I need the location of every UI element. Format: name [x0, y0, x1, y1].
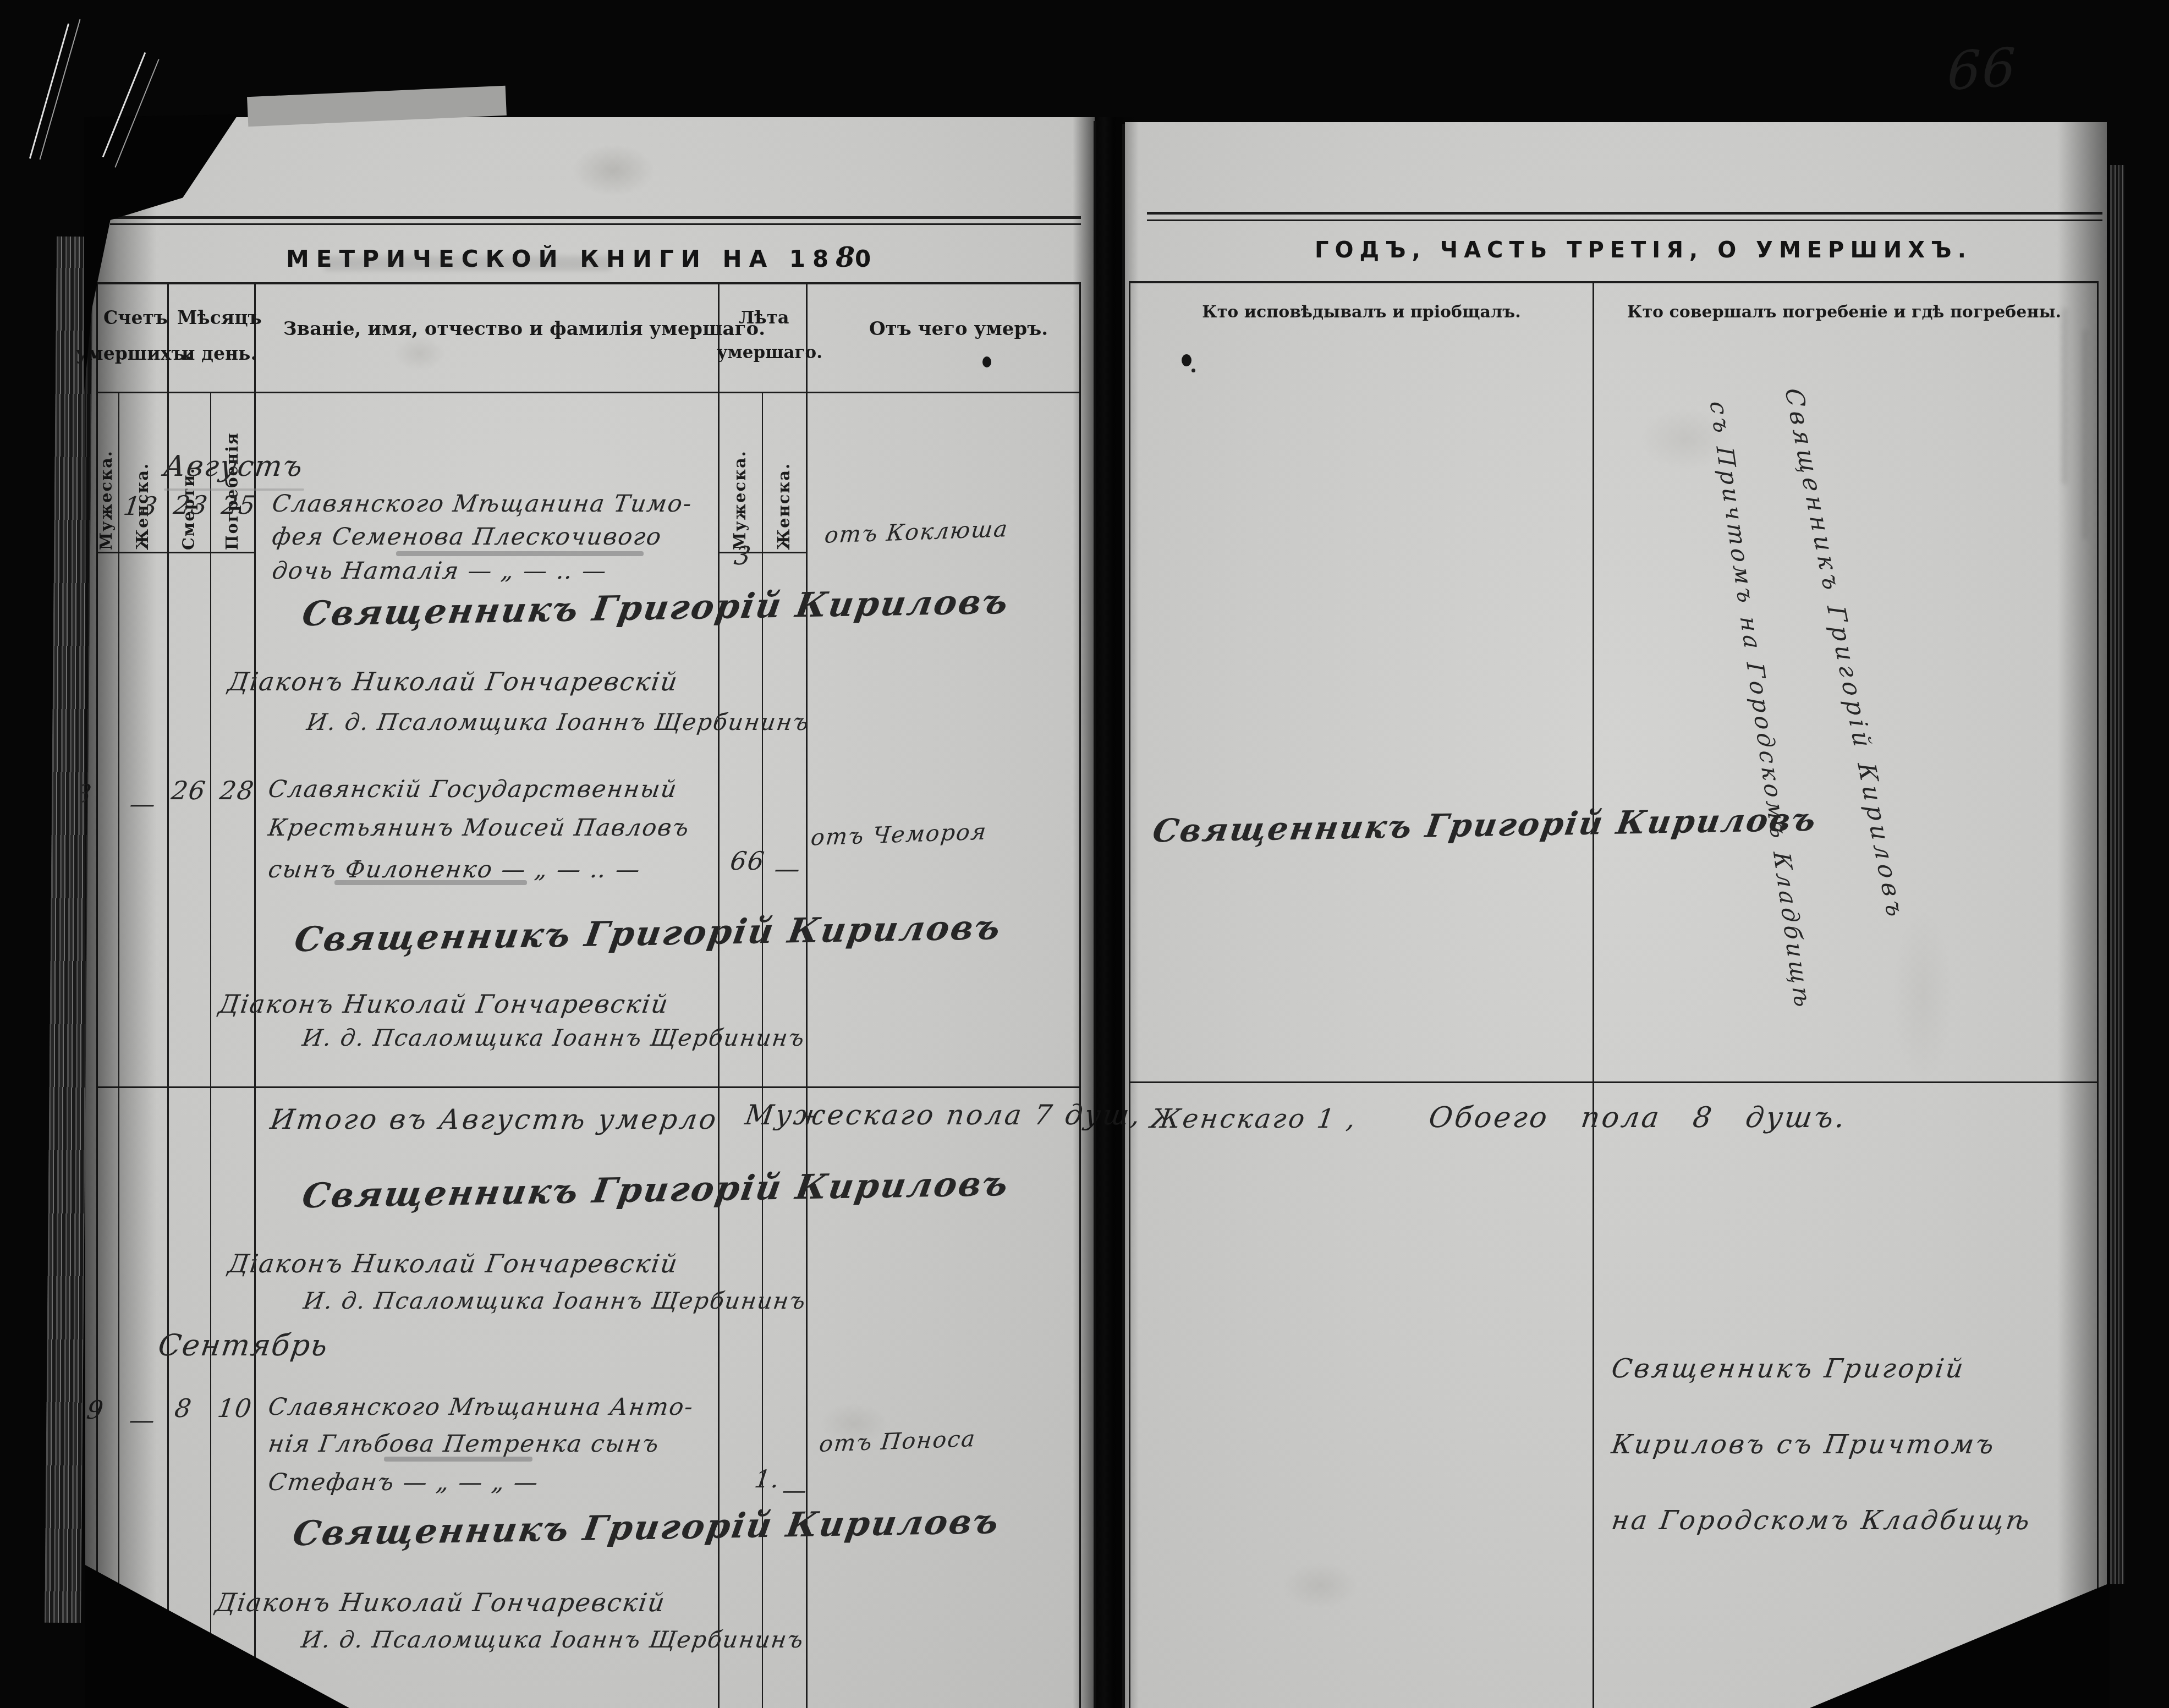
summary-total-left: Итого въ Августѣ умерло — [268, 1103, 721, 1135]
gutter-page-edge-line — [1122, 124, 1125, 1708]
scratch-mark — [29, 24, 69, 159]
record2-death-day: 26 — [169, 776, 208, 805]
scratch-mark — [40, 19, 81, 160]
grid-line — [1129, 281, 1130, 1708]
record3-count-female: — — [127, 1405, 158, 1435]
summary-female-count: Женскаго 1 , — [1149, 1103, 1359, 1134]
record3-cause-of-death: отъ Поноса — [818, 1425, 978, 1457]
signature-deacon: Діаконъ Николай Гончаревскій — [226, 1249, 680, 1278]
show-through-artifact — [2062, 308, 2067, 484]
grid-line — [118, 392, 119, 1708]
subcol-count-male: Мужеска. — [97, 393, 116, 550]
record1-burial-day: 25 — [219, 490, 258, 520]
signature-psalmist: И. д. Псаломщика Іоаннъ Щербининъ — [300, 1626, 806, 1653]
record1-count-female: 13 — [122, 491, 160, 521]
col-date-title-2: и день. — [182, 343, 257, 364]
record1-name-line1: Славянского Мѣщанина Тимо- — [270, 490, 694, 518]
ink-blot — [982, 356, 991, 367]
signature-deacon: Діаконъ Николай Гончаревскій — [226, 667, 680, 696]
grid-line — [2097, 281, 2099, 1590]
col-name-title: Званіе, имя, отчество и фамилія умершаго… — [283, 318, 765, 340]
rule-top-2 — [110, 223, 1081, 225]
title-printed-tail: 0 — [855, 245, 878, 272]
subcol-bottom-rule — [96, 552, 256, 553]
show-through-artifact — [2083, 330, 2087, 539]
record2-count-male: 8 — [81, 779, 98, 809]
record2-burial-day: 28 — [218, 776, 256, 805]
record3-name-line3: Стефанъ — „ — „ — — [266, 1469, 540, 1496]
pencil-underline-surname — [396, 551, 644, 556]
header-sub-rule — [96, 392, 1081, 393]
grid-line — [1079, 282, 1081, 1708]
month-header-august: Августъ — [162, 450, 306, 483]
signature-psalmist: И. д. Псаломщика Іоаннъ Щербининъ — [301, 1024, 807, 1051]
subcol-bottom-rule — [718, 552, 808, 553]
record2-age-female: — — [772, 854, 803, 883]
col-count-title-2: умершихъ. — [76, 343, 191, 364]
signature-deacon: Діаконъ Николай Гончаревскій — [217, 989, 671, 1019]
subcol-count-female: Женска. — [133, 393, 152, 550]
col-confession-title: Кто исповѣдывалъ и пріобщалъ. — [1133, 303, 1590, 322]
rule-top-1 — [110, 216, 1081, 219]
show-through-artifact — [325, 256, 611, 271]
col-cause-title: Отъ чего умеръ. — [869, 318, 1048, 340]
signature-psalmist: И. д. Псаломщика Іоаннъ Щербининъ — [302, 1287, 808, 1314]
rule-header-top-right — [1129, 281, 2097, 283]
right-page — [1125, 122, 2107, 1708]
title-handwritten-year: 8 — [836, 241, 855, 273]
record3-burial-line3: на Городскомъ Кладбищѣ — [1610, 1505, 2034, 1536]
metrical-book-scan: МЕТРИЧЕСКОЙ КНИГИ НА 1880 Счетъ умершихъ… — [0, 0, 2169, 1708]
col-date-title-1: Мѣсяцъ — [177, 307, 262, 328]
record2-count-female: — — [128, 789, 158, 819]
record2-name-line2: Крестьянинъ Моисей Павловъ — [266, 814, 691, 842]
grid-line — [1593, 281, 1594, 1708]
month-header-september: Сентябрь — [156, 1328, 331, 1363]
summary-rule-right — [1129, 1081, 2097, 1083]
page-stack-edges-right — [2110, 165, 2124, 1584]
gutter-page-edge-line — [1094, 121, 1096, 1708]
col-age-title-1: Лѣта — [739, 307, 789, 328]
record3-burial-day: 10 — [216, 1393, 254, 1423]
record1-death-day: 23 — [172, 490, 210, 520]
record3-age-female: — — [780, 1476, 809, 1504]
page-number: 66 — [1947, 36, 2018, 103]
record2-age-male: 66 — [728, 846, 767, 876]
grid-line — [210, 392, 211, 1708]
record3-burial-line2: Кириловъ съ Причтомъ — [1610, 1429, 1998, 1460]
record2-count-male-clipped: 8 — [81, 779, 98, 812]
record3-name-line1: Славянского Мѣщанина Анто- — [266, 1393, 695, 1421]
record3-name-line2: нія Глѣбова Петренка сынъ — [266, 1430, 661, 1458]
record2-name-line1: Славянскій Государственный — [266, 776, 679, 803]
col-burial-title: Кто совершалъ погребеніе и гдѣ погребены… — [1595, 303, 2093, 322]
record1-name-line2: фея Семенова Плескочивого — [270, 523, 663, 551]
ink-blot — [1191, 369, 1195, 372]
record3-burial-line1: Священникъ Григорій — [1610, 1353, 1967, 1384]
signature-deacon: Діаконъ Николай Гончаревскій — [213, 1588, 667, 1617]
signature-psalmist: И. д. Псаломщика Іоаннъ Щербининъ — [305, 709, 811, 735]
subcol-age-male: Мужеска. — [731, 393, 749, 550]
summary-rule-left — [96, 1086, 1081, 1088]
ink-blot — [1182, 354, 1191, 366]
grid-line — [718, 282, 720, 1708]
summary-male-count: Мужескаго пола 7 душ, — [743, 1099, 1144, 1131]
record2-name-line3: сынъ Филоненко — „ — ‥ — — [266, 856, 642, 883]
grid-line — [167, 282, 169, 1708]
col-count-title-1: Счетъ — [103, 307, 168, 328]
right-page-title: ГОДЪ, ЧАСТЬ ТРЕТІЯ, О УМЕРШИХЪ. — [1315, 238, 1972, 263]
rule-top-right-2 — [1147, 219, 2102, 221]
col-age-title-2: умершаго. — [717, 343, 822, 363]
subcol-age-female: Женска. — [775, 393, 793, 550]
record3-age-male: 1. — [753, 1465, 782, 1493]
summary-both-sexes: Обоего пола 8 душъ. — [1427, 1101, 1849, 1134]
record1-name-line3: дочь Наталія — „ — ‥ — — [270, 557, 608, 585]
rule-top-right-1 — [1147, 212, 2102, 215]
rule-header-top — [96, 282, 1081, 284]
